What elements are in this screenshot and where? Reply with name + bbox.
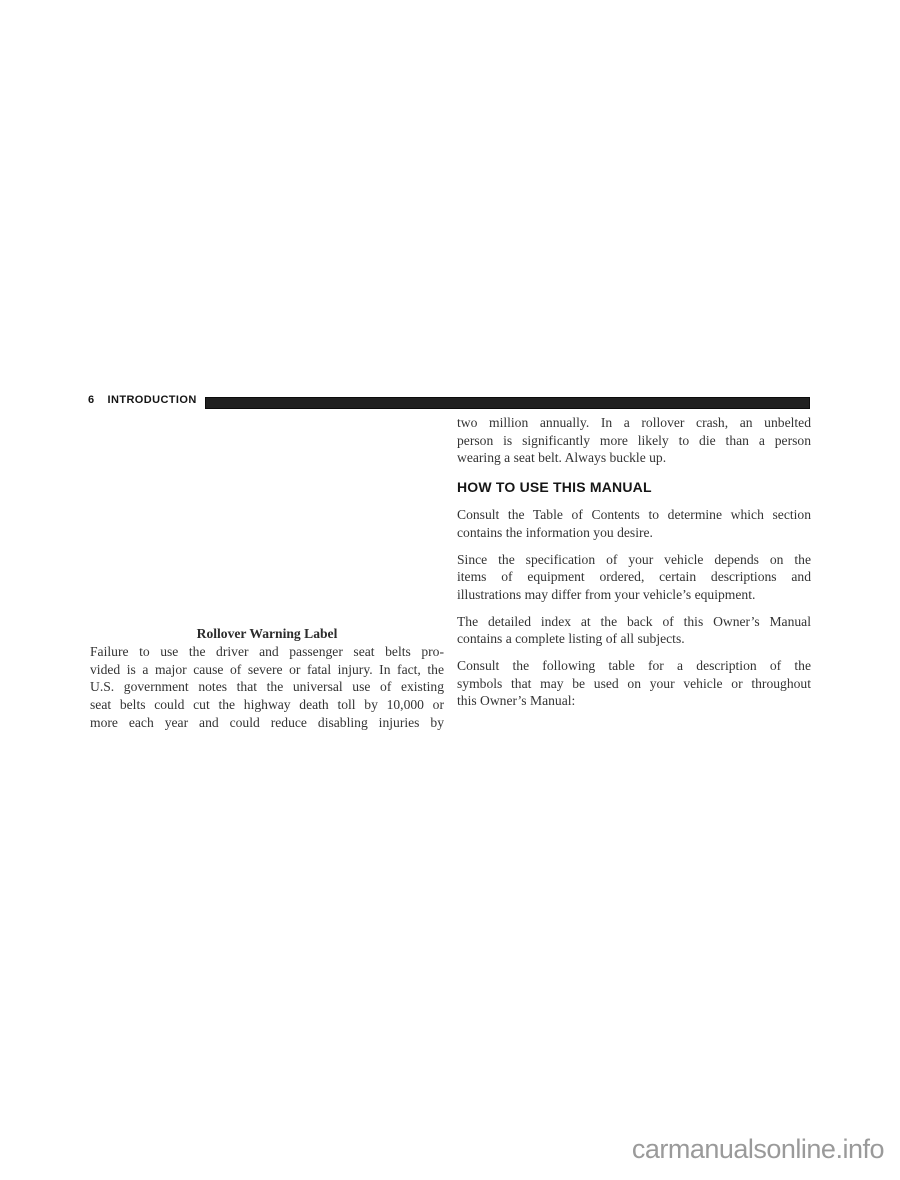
text-line: Consult the Table of Contents to determi… (457, 506, 811, 524)
left-column-paragraph-container: Failure to use the driver and passenger … (90, 643, 444, 732)
watermark-text: carmanualsonline.info (632, 1134, 884, 1164)
text-line: this Owner’s Manual: (457, 692, 811, 710)
text-line: Failure to use the driver and passenger … (90, 643, 444, 661)
text-line: contains a complete listing of all subje… (457, 630, 811, 648)
text-line: more each year and could reduce disablin… (90, 714, 444, 732)
right-column-paragraphs: Consult the Table of Contents to determi… (457, 506, 811, 710)
rollover-warning-figure (90, 420, 444, 620)
text-line: seat belts could cut the highway death t… (90, 696, 444, 714)
text-line: illustrations may differ from your vehic… (457, 586, 811, 604)
text-line: symbols that may be used on your vehicle… (457, 675, 811, 693)
paragraph: Consult the following table for a descri… (457, 657, 811, 710)
text-line: items of equipment ordered, certain desc… (457, 568, 811, 586)
manual-page: 6 INTRODUCTION Rollover Warning Label Fa… (0, 0, 900, 1180)
right-column: two million annually. In a rollover cras… (457, 414, 811, 710)
text-line: U.S. government notes that the universal… (90, 678, 444, 696)
text-line: The detailed index at the back of this O… (457, 613, 811, 631)
text-line: vided is a major cause of severe or fata… (90, 661, 444, 679)
text-line: Consult the following table for a descri… (457, 657, 811, 675)
section-heading: HOW TO USE THIS MANUAL (457, 479, 811, 496)
figure-caption: Rollover Warning Label (90, 625, 444, 643)
page-number: 6 (88, 393, 95, 408)
paragraph: Since the specification of your vehicle … (457, 551, 811, 604)
page-header: 6 INTRODUCTION (88, 393, 197, 408)
header-rule-bar (205, 397, 810, 409)
left-column: Rollover Warning Label Failure to use th… (90, 625, 444, 732)
text-line: two million annually. In a rollover cras… (457, 414, 811, 432)
text-line: Since the specification of your vehicle … (457, 551, 811, 569)
paragraph: The detailed index at the back of this O… (457, 613, 811, 648)
intro-paragraph-container: two million annually. In a rollover cras… (457, 414, 811, 467)
text-line: contains the information you desire. (457, 524, 811, 542)
text-line: wearing a seat belt. Always buckle up. (457, 449, 811, 467)
paragraph: Consult the Table of Contents to determi… (457, 506, 811, 541)
section-title: INTRODUCTION (108, 393, 197, 408)
paragraph: two million annually. In a rollover cras… (457, 414, 811, 467)
text-line: person is significantly more likely to d… (457, 432, 811, 450)
paragraph: Failure to use the driver and passenger … (90, 643, 444, 732)
